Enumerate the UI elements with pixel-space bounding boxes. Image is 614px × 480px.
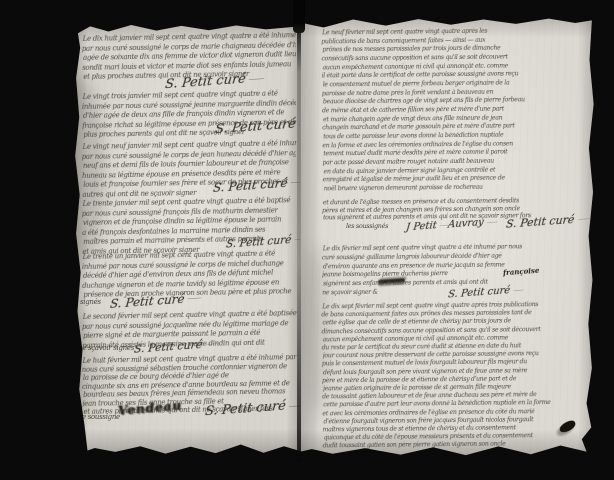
- handwriting-line: noël bruere vigneron demeurant paroisse …: [324, 182, 590, 193]
- register-entry-closing: et durant de l'église messes en présence…: [322, 197, 588, 223]
- handwriting-line: ne sçavoir signer &: [322, 287, 588, 299]
- register-entry: Le trente un janvier mil sept cent quatr…: [82, 249, 297, 301]
- register-entry: Le dix huit janvier mil sept cent quatre…: [82, 31, 297, 83]
- register-entry: Le vingt trois janvier mil sept cent qua…: [82, 89, 297, 141]
- register-entry: Le second février mil sept cent quatre v…: [82, 309, 297, 351]
- register-entry: Le huit février mil sept cent quatre vin…: [81, 353, 296, 416]
- register-entry: Le dix sept février mil sept cent quatre…: [321, 301, 589, 451]
- left-page: signés S. Petit curé ne sçavoir signés S…: [72, 22, 300, 454]
- gutter-highlight: [300, 16, 314, 456]
- handwriting-line: dudit toussaint gatien son père pierre g…: [323, 440, 589, 451]
- witness-signature: J Petit: [405, 219, 449, 233]
- register-entry: Le dix février mil sept cent quatre ving…: [322, 243, 589, 299]
- register-entry: Le trente janvier mil sept cent quatre v…: [82, 196, 297, 257]
- binding-spine: [293, 0, 305, 33]
- right-page: les soussignés J Petit Auvray S. Petit c…: [300, 16, 596, 456]
- closing-word: les soussignés: [346, 222, 388, 230]
- register-entry: Le vingt neuf janvier mil sept cent quat…: [82, 139, 297, 200]
- archival-register-scan: signés S. Petit curé ne sçavoir signés S…: [0, 0, 614, 480]
- register-entry: Le neuf février mil sept cent quatre vin…: [321, 27, 589, 194]
